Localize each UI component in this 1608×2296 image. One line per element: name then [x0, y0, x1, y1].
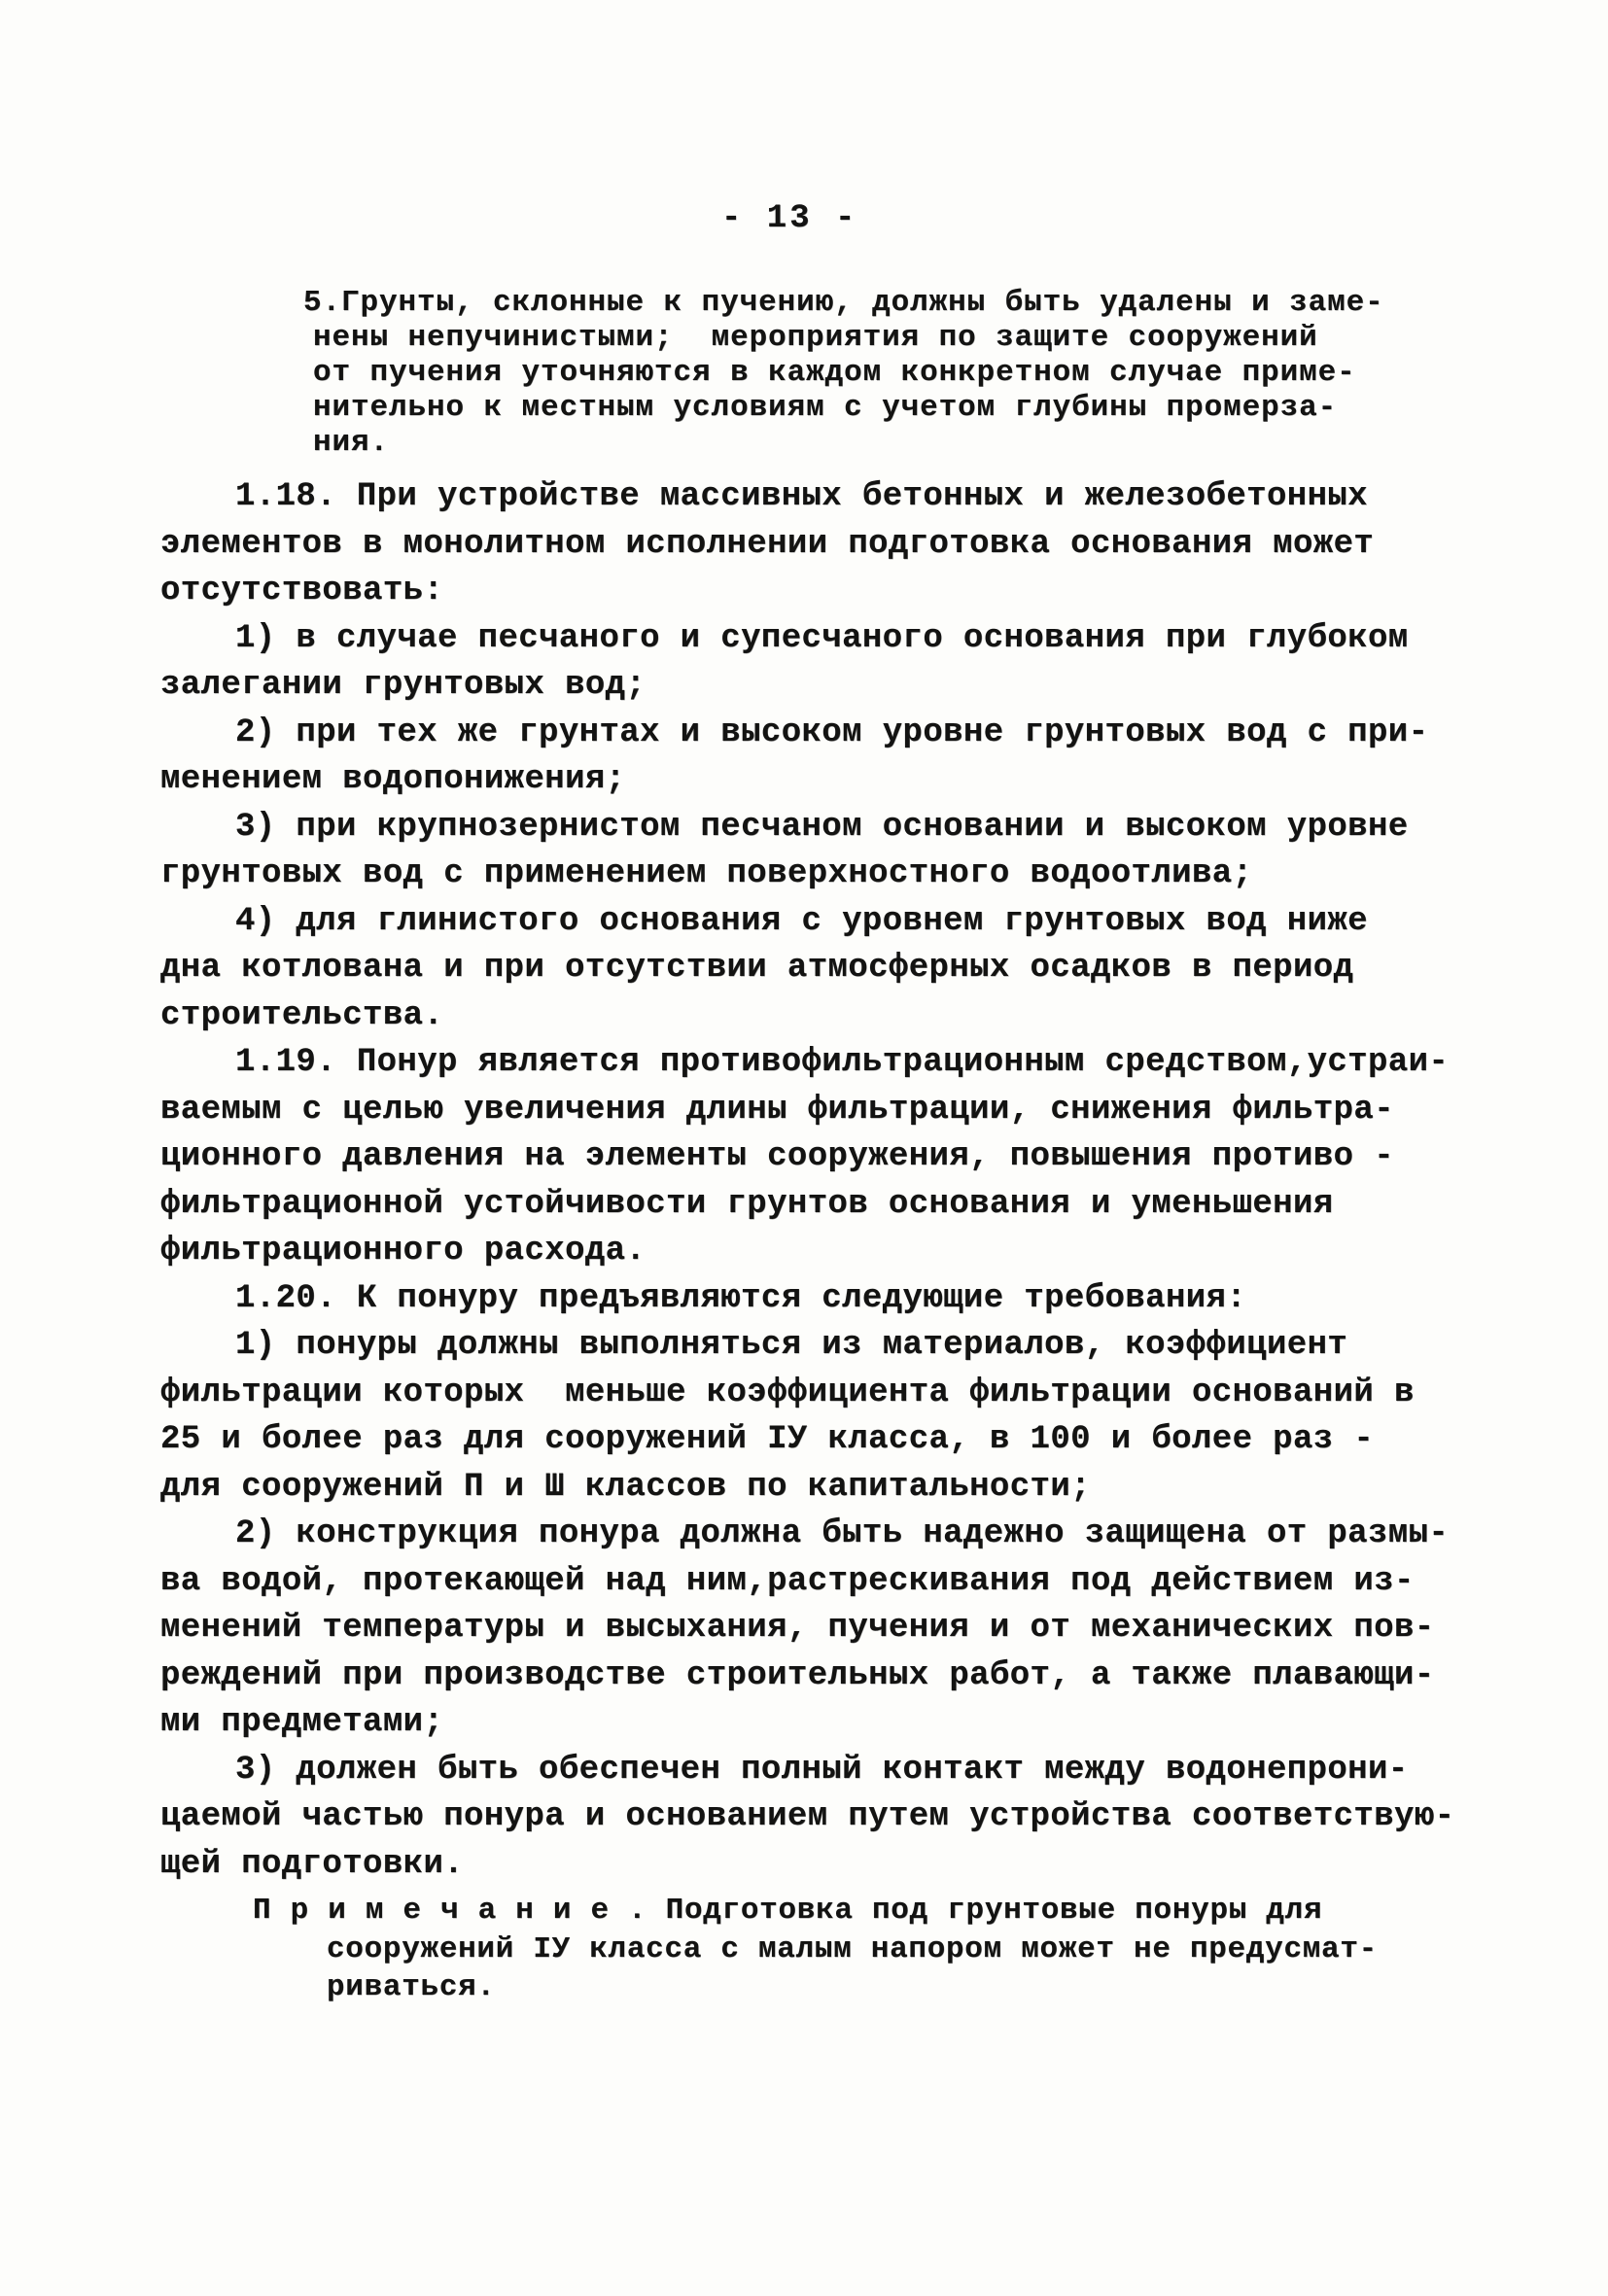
text-line: реждений при производстве строительных р…: [160, 1652, 1454, 1700]
text-line: залегании грунтовых вод;: [160, 662, 1454, 710]
note-paragraph: П р и м е ч а н и е . Подготовка под гру…: [253, 1892, 1378, 2007]
text-line: цаемой частью понура и основанием путем …: [160, 1793, 1454, 1841]
text-line: щей подготовки.: [160, 1841, 1454, 1889]
text-line: фильтрационной устойчивости грунтов осно…: [160, 1181, 1454, 1229]
text-line: 1.20. К понуру предъявляются следующие т…: [160, 1275, 1454, 1323]
text-line: 3) при крупнозернистом песчаном основани…: [160, 804, 1454, 852]
text-line: фильтрации которых меньше коэффициента ф…: [160, 1370, 1454, 1417]
text-line: для сооружений П и Ш классов по капиталь…: [160, 1464, 1454, 1512]
text-line: ционного давления на элементы сооружения…: [160, 1133, 1454, 1181]
text-line: ми предметами;: [160, 1699, 1454, 1747]
text-line: 2) конструкция понура должна быть надежн…: [160, 1511, 1454, 1558]
text-line: ваемым с целью увеличения длины фильтрац…: [160, 1087, 1454, 1134]
text-line: П р и м е ч а н и е . Подготовка под гру…: [253, 1892, 1378, 1931]
text-line: ва водой, протекающей над ним,растрескив…: [160, 1558, 1454, 1606]
page-number: - 13 -: [721, 200, 857, 237]
text-line: 3) должен быть обеспечен полный контакт …: [160, 1747, 1454, 1794]
document-page: - 13 - 5.Грунты, склонные к пучению, дол…: [0, 0, 1608, 2296]
text-line: 4) для глинистого основания с уровнем гр…: [160, 898, 1454, 946]
text-line: нительно к местным условиям с учетом глу…: [313, 391, 1384, 426]
text-line: фильтрационного расхода.: [160, 1228, 1454, 1275]
text-line: нены непучинистыми; мероприятия по защит…: [313, 321, 1384, 356]
text-line: отсутствовать:: [160, 568, 1454, 615]
text-line: 2) при тех же грунтах и высоком уровне г…: [160, 710, 1454, 757]
text-line: грунтовых вод с применением поверхностно…: [160, 851, 1454, 898]
text-line: ния.: [313, 426, 1384, 461]
paragraph-item-5: 5.Грунты, склонные к пучению, должны быт…: [303, 286, 1384, 461]
text-line: 1) в случае песчаного и супесчаного осно…: [160, 615, 1454, 663]
text-line: менением водопонижения;: [160, 756, 1454, 804]
text-line: дна котлована и при отсутствии атмосферн…: [160, 945, 1454, 992]
text-line: от пучения уточняются в каждом конкретно…: [313, 356, 1384, 391]
text-line: сооружений IУ класса с малым напором мож…: [327, 1931, 1378, 1969]
main-text: 1.18. При устройстве массивных бетонных …: [160, 473, 1454, 1888]
text-line: 5.Грунты, склонные к пучению, должны быт…: [303, 286, 1384, 321]
text-line: менений температуры и высыхания, пучения…: [160, 1605, 1454, 1652]
text-line: 1.19. Понур является противофильтрационн…: [160, 1039, 1454, 1087]
text-line: риваться.: [327, 1968, 1378, 2007]
text-line: элементов в монолитном исполнении подгот…: [160, 521, 1454, 569]
text-line: 1) понуры должны выполняться из материал…: [160, 1322, 1454, 1370]
text-line: 1.18. При устройстве массивных бетонных …: [160, 473, 1454, 521]
text-line: строительства.: [160, 992, 1454, 1040]
text-line: 25 и более раз для сооружений IУ класса,…: [160, 1416, 1454, 1464]
